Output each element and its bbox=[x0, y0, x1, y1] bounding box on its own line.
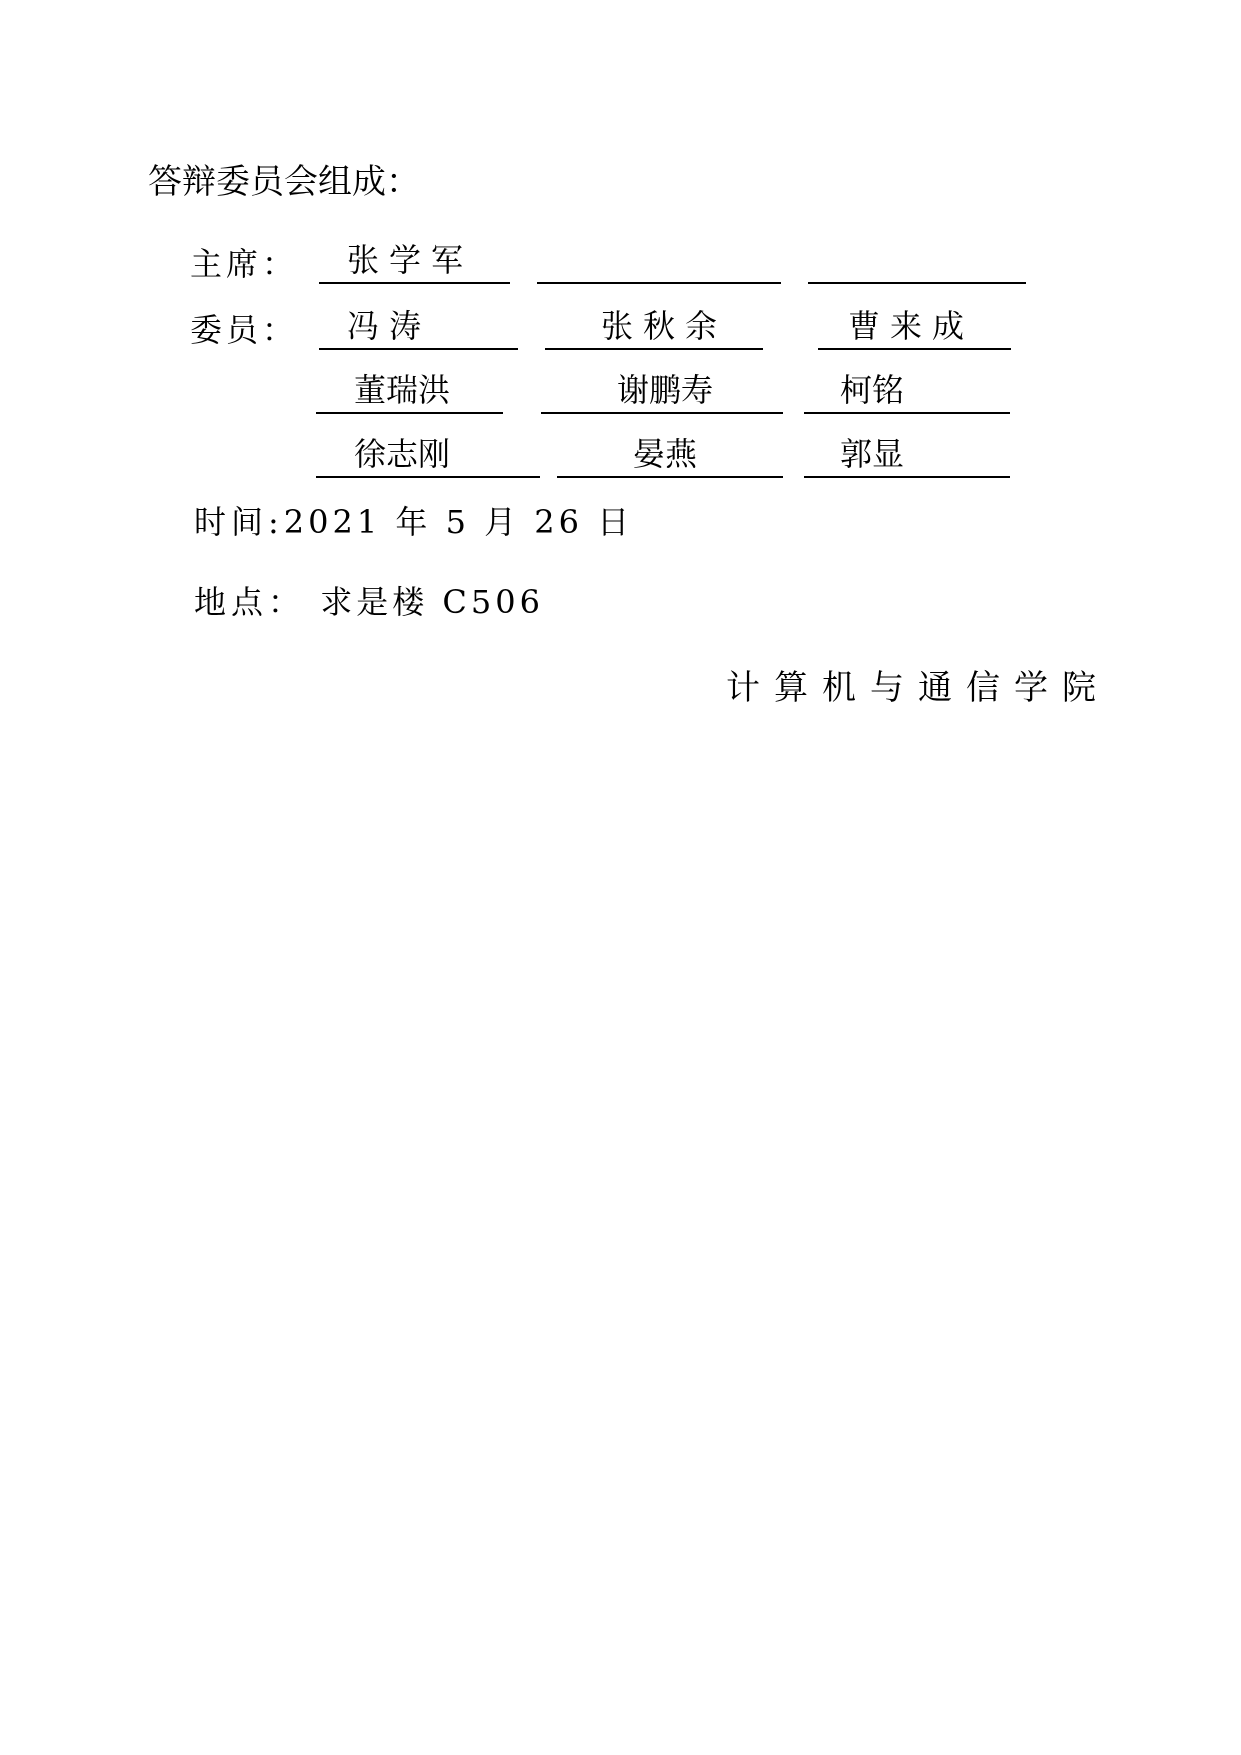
member-slot: 董瑞洪 bbox=[316, 370, 503, 414]
member-slot: 晏燕 bbox=[557, 434, 783, 478]
member-slot: 曹来成 bbox=[818, 306, 1011, 350]
member-name: 谢鹏寿 bbox=[617, 370, 713, 410]
member-name: 冯涛 bbox=[347, 306, 431, 346]
member-slot: 徐志刚 bbox=[316, 434, 540, 478]
chair-slot-1: 张学军 bbox=[319, 240, 510, 284]
member-slot: 郭显 bbox=[804, 434, 1010, 478]
member-name: 柯铭 bbox=[840, 370, 904, 410]
chair-name: 张学军 bbox=[347, 240, 473, 280]
place-value: 求是楼 C506 bbox=[320, 583, 544, 621]
member-slot: 柯铭 bbox=[804, 370, 1010, 414]
member-name: 董瑞洪 bbox=[354, 370, 450, 410]
document-page: 答辩委员会组成： 主席： 张学军 委员： 冯涛 张秋余 曹来成 董瑞洪 谢鹏寿 … bbox=[0, 0, 1241, 1755]
member-name: 郭显 bbox=[840, 434, 904, 474]
committee-heading: 答辩委员会组成： bbox=[148, 162, 420, 202]
organization-name: 计算机与通信学院 bbox=[726, 668, 1110, 708]
member-name: 晏燕 bbox=[633, 434, 697, 474]
place-label: 地点： bbox=[194, 583, 305, 621]
member-name: 徐志刚 bbox=[354, 434, 450, 474]
member-slot: 张秋余 bbox=[545, 306, 763, 350]
time-value: 2021 年 5 月 26 日 bbox=[284, 503, 633, 541]
chair-slot-2 bbox=[537, 240, 781, 284]
time-line: 时间:2021 年 5 月 26 日 bbox=[194, 502, 633, 542]
member-name: 张秋余 bbox=[601, 306, 727, 346]
chair-slot-3 bbox=[808, 240, 1026, 284]
members-label: 委员： bbox=[190, 310, 298, 350]
time-label: 时间: bbox=[194, 503, 284, 541]
place-line: 地点： 求是楼 C506 bbox=[194, 582, 544, 622]
member-name: 曹来成 bbox=[848, 306, 974, 346]
member-slot: 冯涛 bbox=[319, 306, 518, 350]
chair-label: 主席： bbox=[190, 244, 298, 284]
member-slot: 谢鹏寿 bbox=[541, 370, 783, 414]
